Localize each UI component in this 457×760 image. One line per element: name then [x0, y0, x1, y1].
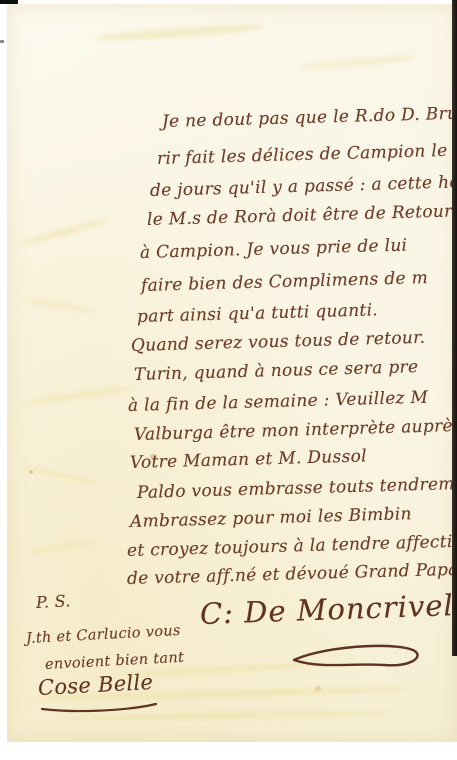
scanned-letter-page: Je ne dout pas que le R.do D. Bruniè rir…: [0, 0, 457, 760]
cose-belle-underline: [40, 702, 160, 714]
postscript-line: J.th et Carlucio vous: [26, 623, 181, 647]
letter-line: Votre Maman et M. Dussol: [130, 446, 367, 473]
letter-line: faire bien des Complimens de m: [141, 268, 429, 296]
letter-line: Paldo vous embrasse touts tendremen: [137, 474, 457, 503]
letter-line: rir fait les délices de Campion le p: [157, 140, 457, 169]
signature-flourish: [288, 640, 424, 676]
letter-line: Ambrassez pour moi les Bimbin: [130, 504, 412, 532]
letter-line: de votre aff.né et dévoué Grand Papa: [127, 560, 457, 589]
postscript-line: envoient bien tant: [45, 650, 185, 673]
letter-line: à Campion. Je vous prie de lui: [140, 236, 408, 263]
letter-text: Je ne dout pas que le R.do D. Bruniè rir…: [0, 0, 457, 760]
scan-edge-dash: [0, 40, 4, 43]
postscript-cose-belle: Cose Belle: [37, 670, 153, 700]
letter-line: à la fin de la semaine : Veuillez M: [128, 388, 429, 416]
letter-line: et croyez toujours à la tendre affection: [127, 531, 457, 561]
signature: C: De Moncrivello: [199, 587, 457, 631]
postscript-label: P. S.: [36, 591, 72, 612]
letter-line: part ainsi qu'a tutti quanti.: [137, 300, 379, 327]
letter-line: Quand serez vous tous de retour.: [131, 328, 426, 356]
scan-edge-strip: [452, 0, 457, 656]
letter-line: Turin, quand à nous ce sera pre: [134, 357, 419, 385]
letter-line: de jours qu'il y a passé : a cette heu: [150, 172, 457, 201]
letter-line: le M.s de Rorà doit être de Retour: [147, 201, 453, 230]
letter-line: Valburga être mon interprète auprès d: [134, 415, 457, 445]
letter-line: Je ne dout pas que le R.do D. Bruniè: [162, 103, 457, 132]
scan-edge-bar: [0, 0, 18, 4]
